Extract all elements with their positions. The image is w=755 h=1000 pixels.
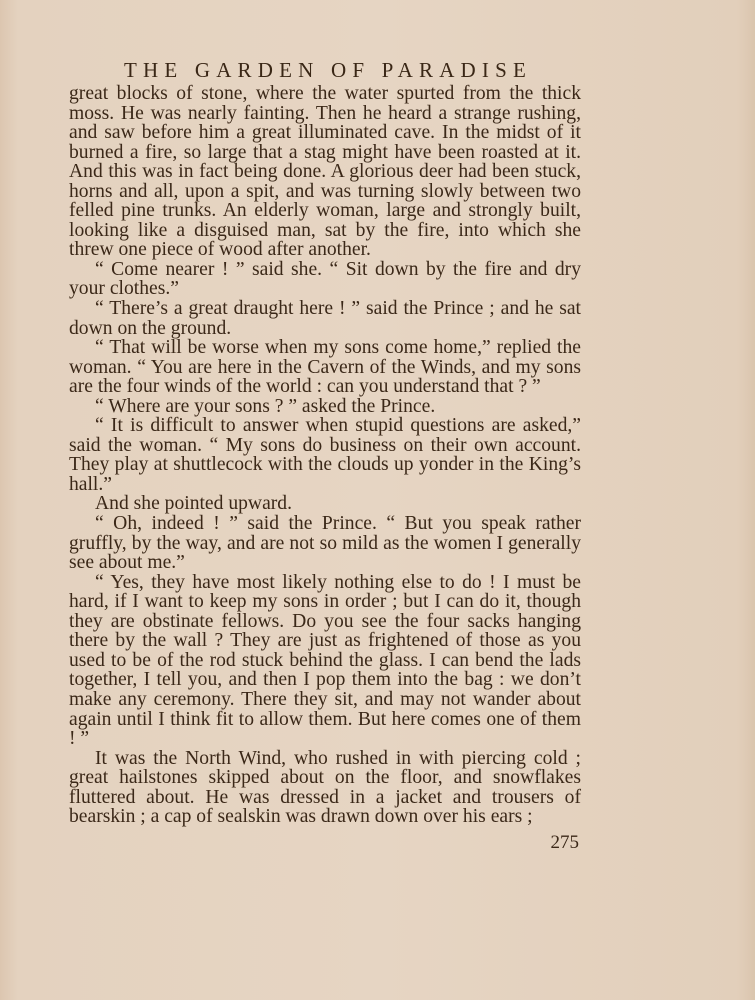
paragraph: And she pointed upward.: [69, 494, 581, 514]
paragraph: “ It is difficult to answer when stupid …: [69, 416, 581, 494]
running-head: THE GARDEN OF PARADISE: [69, 56, 581, 84]
book-page: THE GARDEN OF PARADISE great blocks of s…: [69, 56, 581, 855]
paragraph: “ Where are your sons ? ” asked the Prin…: [69, 397, 581, 417]
paragraph: “ There’s a great draught here ! ” said …: [69, 299, 581, 338]
page-number: 275: [69, 831, 581, 855]
paragraph: “ Come nearer ! ” said she. “ Sit down b…: [69, 260, 581, 299]
paragraph: “ That will be worse when my sons come h…: [69, 338, 581, 397]
paragraph: It was the North Wind, who rushed in wit…: [69, 749, 581, 827]
paragraph: great blocks of stone, where the water s…: [69, 84, 581, 260]
body-text: great blocks of stone, where the water s…: [69, 84, 581, 827]
paragraph: “ Oh, indeed ! ” said the Prince. “ But …: [69, 514, 581, 573]
paragraph: “ Yes, they have most likely nothing els…: [69, 573, 581, 749]
